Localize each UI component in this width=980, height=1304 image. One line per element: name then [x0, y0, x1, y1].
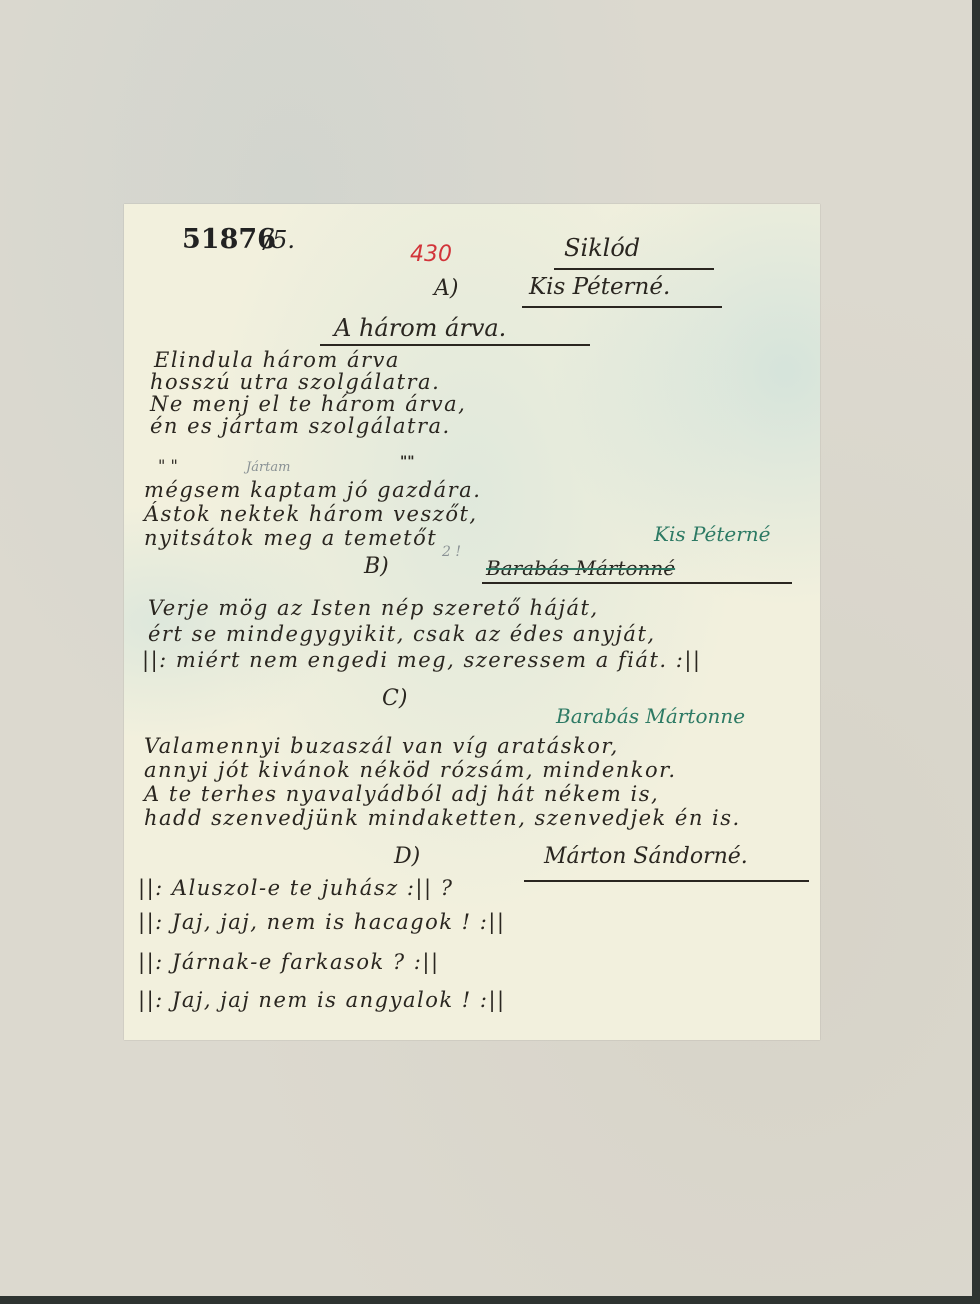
informant-a: Kis Péterné. — [529, 274, 670, 300]
stanza-b-line-2: ért se mindegygyikit, csak az édes anyjá… — [148, 622, 656, 646]
section-d-label: D) — [394, 844, 420, 869]
section-b-label: B) — [364, 554, 389, 579]
stanza-b-line-1: Verje mög az Isten nép szerető háját, — [148, 596, 599, 620]
informant-d-underline — [524, 880, 809, 882]
stanza-a-line-1: Elindula három árva — [154, 348, 400, 372]
stanza-c-line-2: annyi jót kivánok néköd rózsám, mindenko… — [144, 758, 677, 782]
informant-d: Márton Sándorné. — [544, 844, 748, 869]
stanza-c-line-4: hadd szenvedjünk mindaketten, szenvedjek… — [144, 806, 741, 830]
pencil-correction: Jártam — [246, 460, 290, 475]
stanza-a-line-2: hosszú utra szolgálatra. — [150, 370, 440, 394]
stanza-d-line-3: ||: Járnak-e farkasok ? :|| — [138, 950, 440, 974]
stanza-a2-line-2: Ástok nektek három veszőt, — [144, 502, 478, 526]
section-a-label: A) — [434, 276, 458, 301]
song-title: A három árva. — [334, 314, 506, 342]
scan-border-right — [972, 0, 980, 1304]
ditto-right: "" — [400, 454, 415, 470]
catalog-suffix: /5. — [264, 226, 295, 254]
stanza-d-line-1: ||: Aluszol-e te juhász :|| ? — [138, 876, 454, 900]
stanza-a2-line-1: mégsem kaptam jó gazdára. — [144, 478, 481, 502]
stanza-c-line-1: Valamennyi buzaszál van víg aratáskor, — [144, 734, 619, 758]
place-name: Siklód — [564, 234, 640, 262]
catalog-number: 51876 — [182, 224, 276, 255]
ditto-marks: " " — [158, 456, 178, 475]
stanza-a2-line-3: nyitsátok meg a temetőt — [144, 526, 437, 550]
manuscript-sheet: 51876 /5. 430 Siklód Kis Péterné. A) A h… — [124, 204, 820, 1040]
stanza-d-line-2: ||: Jaj, jaj, nem is hacagok ! :|| — [138, 910, 505, 934]
stanza-a-line-4: én es jártam szolgálatra. — [150, 414, 451, 438]
pencil-mark-b: 2 ! — [442, 544, 461, 560]
informant-b-struck: Barabás Mártonné — [486, 556, 675, 580]
stanza-b-line-3: ||: miért nem engedi meg, szeressem a fi… — [142, 648, 701, 672]
stanza-d-line-4: ||: Jaj, jaj nem is angyalok ! :|| — [138, 988, 506, 1012]
red-number: 430 — [410, 242, 452, 267]
scan-border-bottom — [0, 1296, 980, 1304]
title-underline — [320, 344, 590, 346]
section-c-label: C) — [382, 686, 407, 711]
informant-b-correction: Kis Péterné — [654, 522, 771, 546]
stanza-c-line-3: A te terhes nyavalyádból adj hát nékem i… — [144, 782, 659, 806]
informant-b-underline — [482, 582, 792, 584]
stanza-a-line-3: Ne menj el te három árva, — [150, 392, 466, 416]
informant-c: Barabás Mártonne — [556, 704, 745, 728]
informant-a-underline — [522, 306, 722, 308]
place-underline — [554, 268, 714, 270]
